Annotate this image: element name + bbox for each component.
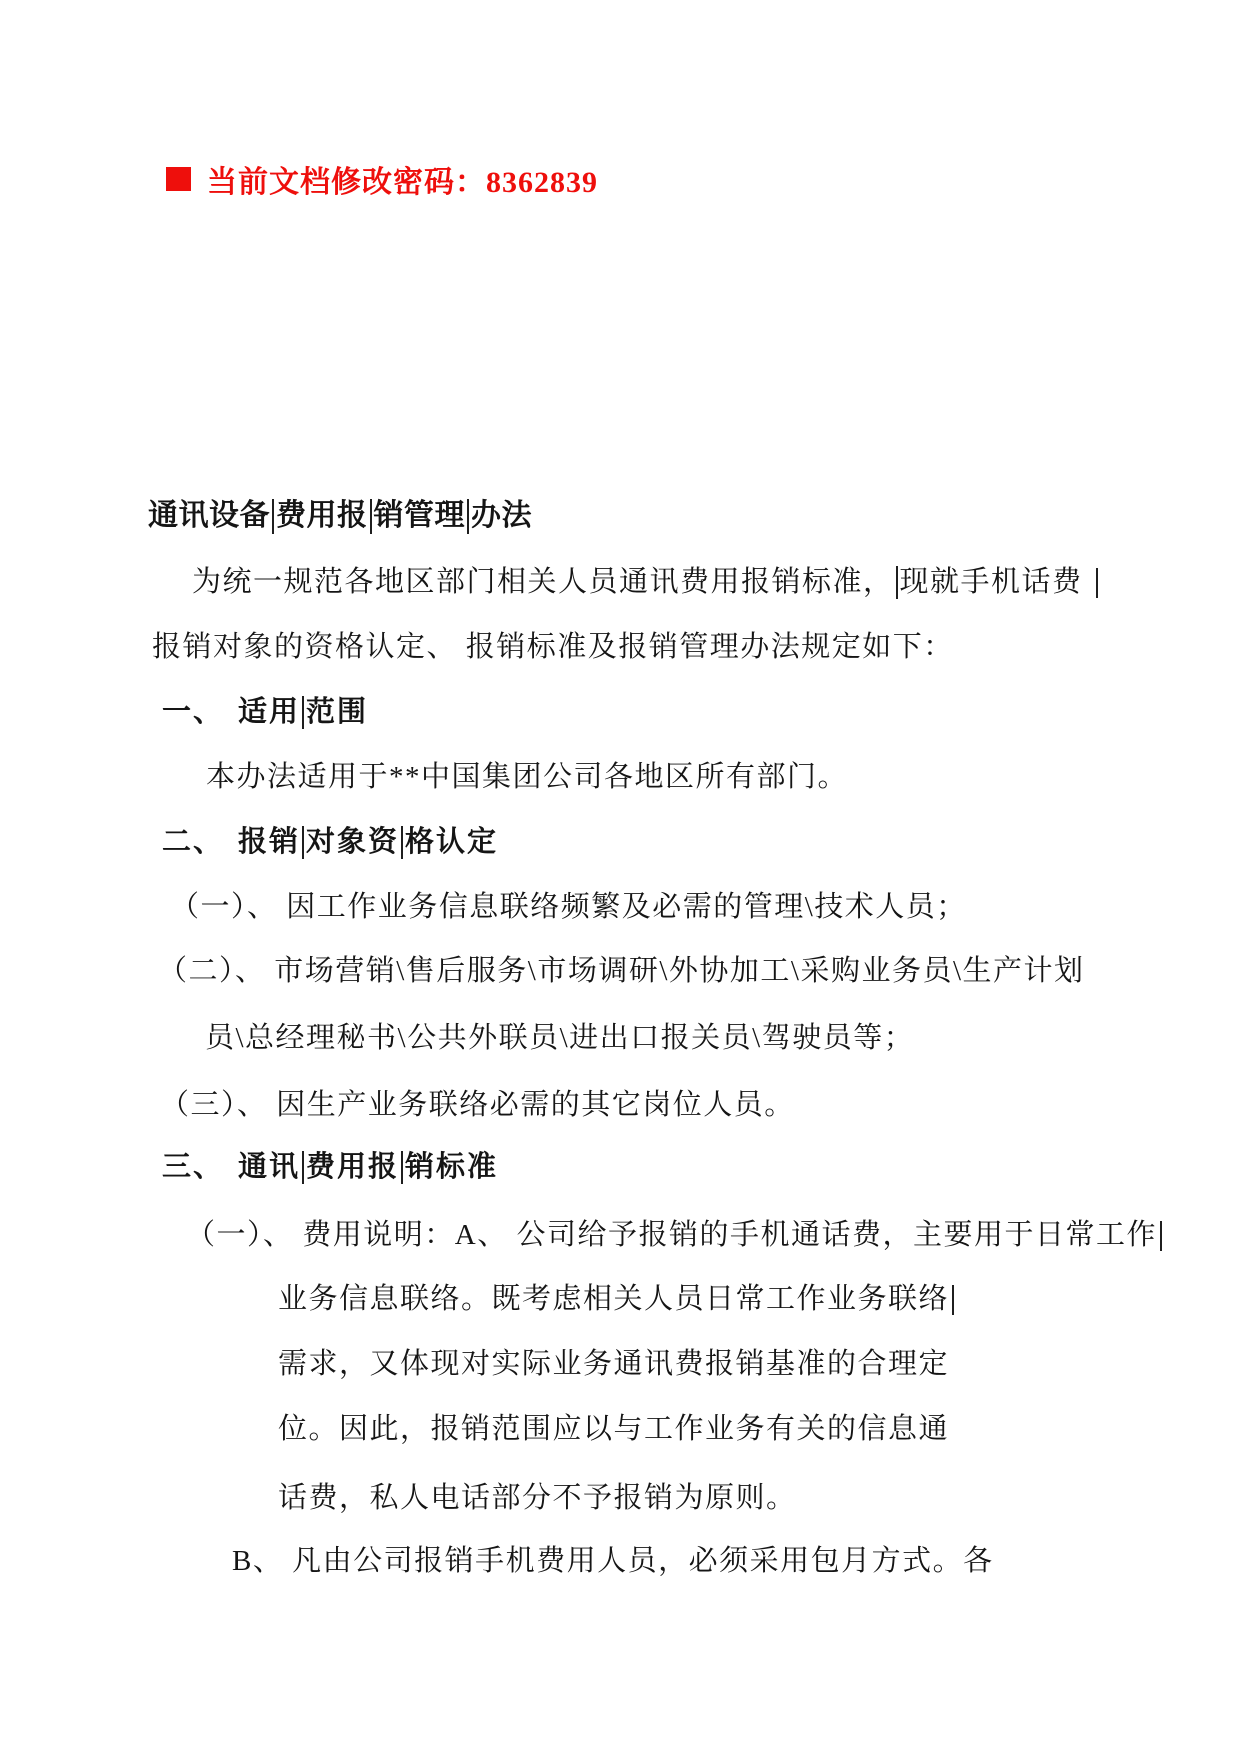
title-segment: 通讯设备: [146, 499, 272, 534]
section-2-item-3: （三）、 因生产业务联络必需的其它岗位人员。: [160, 1089, 795, 1122]
section-3-heading: 三、通讯费用报销标准: [162, 1151, 500, 1184]
section-2-number: 二、: [162, 826, 224, 858]
intro-line-1-segment: 现就手机话费: [896, 566, 1085, 599]
section-1-heading: 一、适用范围: [162, 696, 370, 729]
section-3-item-1-line-3: 需求，又体现对实际业务通讯费报销基准的合理定: [278, 1348, 949, 1381]
section-1-body: 本办法适用于**中国集团公司各地区所有部门。: [206, 761, 848, 794]
intro-line-1-segment: 为统一规范各地区部门相关人员通讯费用报销标准，: [190, 566, 896, 599]
section-3-heading-segment: 费用报: [302, 1151, 401, 1184]
section-3-item-1-line-6: B、 凡由公司报销手机费用人员，必须采用包月方式。各: [232, 1545, 994, 1578]
document-page: 当前文档修改密码：8362839 通讯设备费用报销管理办法 为统一规范各地区部门…: [0, 0, 1240, 1753]
document-title: 通讯设备费用报销管理办法: [146, 499, 534, 534]
section-2-heading-segment: 格认定: [401, 826, 500, 859]
section-2-item-2-line-2: 员\总经理秘书\公共外联员\进出口报关员\驾驶员等；: [205, 1022, 914, 1055]
section-3-heading-segment: 销标准: [401, 1151, 500, 1184]
section-2-item-1: （一）、 因工作业务信息联络频繁及必需的管理\技术人员；: [170, 891, 967, 924]
title-segment: 销管理: [370, 499, 468, 534]
title-segment: 费用报: [272, 499, 370, 534]
section-3-item-1-line-4: 位。因此，报销范围应以与工作业务有关的信息通: [278, 1413, 949, 1446]
password-notice: 当前文档修改密码：8362839: [166, 157, 598, 201]
section-1-heading-segment: 适用: [236, 696, 302, 729]
intro-line-2: 报销对象的资格认定、 报销标准及报销管理办法规定如下：: [152, 631, 954, 664]
password-notice-text: 当前文档修改密码：8362839: [207, 157, 598, 201]
section-2-heading-segment: 对象资: [302, 826, 401, 859]
title-segment: 办法: [467, 499, 534, 534]
section-2-item-2-line-1: （二）、 市场营销\售后服务\市场调研\外协加工\采购业务员\生产计划: [158, 955, 1085, 988]
section-2-heading-segment: 报销: [236, 826, 302, 859]
section-3-item-1-line-5: 话费，私人电话部分不予报销为原则。: [278, 1482, 797, 1515]
red-square-bullet-icon: [166, 167, 191, 191]
section-1-heading-segment: 范围: [302, 696, 370, 729]
section-3-heading-segment: 通讯: [236, 1151, 302, 1184]
intro-line-1: 为统一规范各地区部门相关人员通讯费用报销标准，现就手机话费: [190, 566, 1098, 599]
section-3-item-1-line-1: （一）、 费用说明：A、 公司给予报销的手机通话费，主要用于日常工作: [186, 1219, 1162, 1252]
section-2-heading: 二、报销对象资格认定: [162, 826, 500, 859]
section-3-item-1-line-2: 业务信息联络。既考虑相关人员日常工作业务联络: [278, 1283, 954, 1316]
section-1-number: 一、: [162, 696, 224, 728]
section-3-number: 三、: [162, 1151, 224, 1183]
